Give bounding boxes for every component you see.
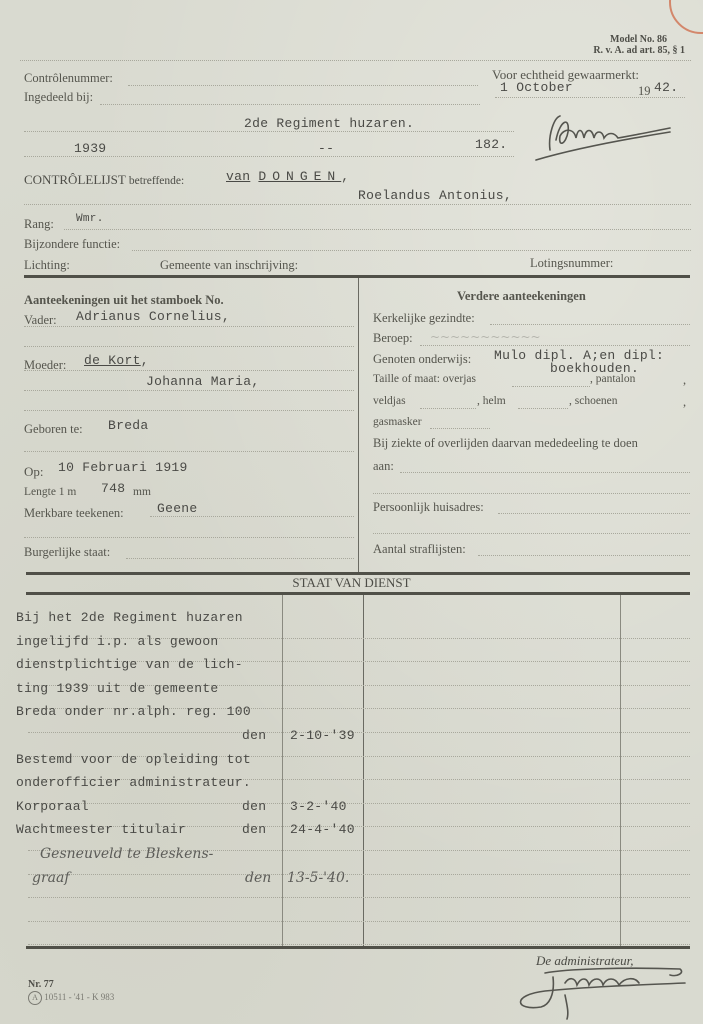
rule-line	[24, 537, 354, 538]
stamboek-title: Aanteekeningen uit het stamboek No.	[24, 293, 224, 308]
aan-label: aan:	[373, 459, 394, 474]
moeder-surname-field: de Kort,	[84, 353, 149, 368]
regiment-value: 2de Regiment huzaren.	[244, 116, 414, 131]
helm-field	[518, 408, 568, 409]
row-date: 2-10-'39	[290, 728, 355, 743]
beroep-value: ~~~~~~~~~~~	[430, 330, 541, 344]
vader-value: Adrianus Cornelius,	[76, 309, 230, 324]
form-number: Nr. 77	[28, 979, 54, 990]
huisadres-field	[498, 513, 690, 514]
helm-label: , helm	[477, 395, 506, 407]
row-den: den	[242, 799, 266, 814]
row-date: 3-2-'40	[290, 799, 347, 814]
schoenen-label: , schoenen	[569, 395, 618, 407]
lengte-value: 748	[101, 481, 125, 496]
verdere-title: Verdere aanteekeningen	[457, 289, 586, 304]
print-code-line: A 10511 - '41 - K 983	[28, 991, 114, 1005]
kerkelijke-label: Kerkelijke gezindte:	[373, 311, 475, 326]
comma: ,	[683, 395, 686, 410]
model-reference: R. v. A. ad art. 85, § 1	[593, 45, 685, 56]
rule-line	[28, 897, 690, 898]
row-text: Korporaal	[16, 799, 89, 814]
echtheid-date: 1 October	[500, 80, 573, 95]
row-text: onderofficier administrateur.	[16, 775, 251, 790]
comma: ,	[683, 373, 686, 388]
row-text: ting 1939 uit de gemeente	[16, 681, 219, 696]
signature-top	[530, 110, 680, 165]
pantalon-label: , pantalon	[590, 373, 635, 385]
printer-mark-icon: A	[28, 991, 42, 1005]
row-den: den	[242, 822, 266, 837]
column-divider	[620, 595, 621, 947]
taille-label: Taille of maat: overjas	[373, 373, 476, 385]
rule-line	[24, 370, 354, 371]
rule-line	[28, 944, 690, 945]
rule-line	[24, 346, 354, 347]
rule-line	[28, 732, 690, 733]
row-text: ingelijfd i.p. als gewoon	[16, 634, 219, 649]
rule-line	[24, 451, 354, 452]
functie-field	[132, 250, 691, 251]
echtheid-field	[495, 97, 685, 98]
betreffende-label: betreffende:	[129, 175, 184, 187]
overjas-field	[512, 386, 590, 387]
rang-value: Wmr.	[76, 213, 104, 225]
rule-line	[373, 493, 690, 494]
row-date: 13-5-'40.	[287, 870, 349, 886]
controlenummer-field	[128, 85, 478, 86]
op-label: Op:	[24, 464, 44, 480]
year-value: 1939	[74, 141, 106, 156]
ingedeeld-field	[100, 104, 480, 105]
signature-administrateur	[505, 955, 695, 1020]
model-number: Model No. 86	[610, 34, 667, 45]
straflijsten-label: Aantal straflijsten:	[373, 542, 466, 557]
op-value: 10 Februari 1919	[58, 460, 188, 475]
lotingsnummer-label: Lotingsnummer:	[530, 256, 613, 271]
row-date: 24-4-'40	[290, 822, 355, 837]
ziekte-label: Bij ziekte of overlijden daarvan mededee…	[373, 436, 638, 451]
column-divider	[358, 278, 359, 573]
echtheid-year-suffix: 42.	[654, 80, 678, 95]
rule-line	[24, 204, 691, 205]
rule-line	[28, 874, 690, 875]
lengte-label: Lengte 1 m	[24, 486, 76, 498]
surname-comma: ,	[341, 169, 349, 184]
rule-line	[24, 131, 514, 132]
beroep-label-text: Beroep:	[373, 331, 413, 345]
gemeente-label: Gemeente van inschrijving:	[160, 258, 298, 273]
red-corner-mark	[669, 0, 703, 34]
row-text: Bestemd voor de opleiding tot	[16, 752, 251, 767]
functie-label: Bijzondere functie:	[24, 237, 120, 252]
merkbare-label: Merkbare teekenen:	[24, 506, 124, 521]
moeder-surname: de Kort	[84, 353, 141, 368]
moeder-given: Johanna Maria,	[146, 374, 259, 389]
rule-line	[24, 156, 514, 157]
kerkelijke-field	[490, 324, 690, 325]
surname-field: van DONGEN,	[226, 169, 349, 184]
controlelijst-label: CONTRÔLELIJST betreffende:	[24, 172, 184, 188]
surname: DONGEN	[258, 169, 341, 184]
column-divider	[282, 595, 283, 947]
heavy-rule	[26, 592, 690, 595]
row-text: Breda onder nr.alph. reg. 100	[16, 704, 251, 719]
dash-value: --	[318, 141, 334, 156]
moeder-comma: ,	[141, 353, 149, 368]
burgerlijke-field	[126, 558, 354, 559]
print-code: 10511 - '41 - K 983	[44, 992, 114, 1002]
lengte-unit: mm	[133, 486, 151, 498]
rule-line	[373, 533, 690, 534]
rule-line	[24, 326, 354, 327]
heavy-rule	[24, 275, 690, 278]
controlenummer-label: Contrôlenummer:	[24, 71, 113, 86]
row-text: Bij het 2de Regiment huzaren	[16, 610, 243, 625]
number-value: 182.	[475, 137, 507, 152]
surname-prefix: van	[226, 169, 250, 184]
beroep-label: Beroep:	[373, 331, 413, 346]
merkbare-value: Geene	[157, 501, 198, 516]
onderwijs-label: Genoten onderwijs:	[373, 352, 471, 367]
row-text: Gesneuveld te Bleskens-	[40, 846, 213, 862]
row-text: Wachtmeester titulair	[16, 822, 186, 837]
rule-line	[150, 516, 354, 517]
lichting-label: Lichting:	[24, 258, 70, 273]
gasmasker-label: gasmasker	[373, 416, 422, 428]
huisadres-label: Persoonlijk huisadres:	[373, 500, 484, 515]
veldjas-field	[420, 408, 476, 409]
row-text: graaf	[32, 870, 70, 886]
controlelijst-title: CONTRÔLELIJST	[24, 172, 126, 187]
row-den: den	[245, 870, 271, 886]
rule-line	[24, 390, 354, 391]
ingedeeld-label: Ingedeeld bij:	[24, 90, 93, 105]
staat-van-dienst-title: STAAT VAN DIENST	[0, 575, 703, 591]
gasmasker-field	[430, 428, 490, 429]
rule-line	[24, 410, 354, 411]
rule-line	[20, 60, 691, 61]
veldjas-label: veldjas	[373, 395, 406, 407]
burgerlijke-label: Burgerlijke staat:	[24, 545, 110, 560]
beroep-field	[420, 345, 690, 346]
geboren-label: Geboren te:	[24, 422, 83, 437]
rule-line	[28, 803, 690, 804]
column-divider	[363, 595, 364, 947]
heavy-rule	[26, 946, 690, 949]
given-names: Roelandus Antonius,	[358, 188, 512, 203]
rang-label: Rang:	[24, 217, 54, 232]
rule-line	[28, 921, 690, 922]
document-page: Model No. 86 R. v. A. ad art. 85, § 1 Co…	[0, 0, 703, 1024]
geboren-value: Breda	[108, 418, 149, 433]
row-den: den	[242, 728, 266, 743]
aan-field	[400, 472, 690, 473]
row-text: dienstplichtige van de lich-	[16, 657, 243, 672]
straflijsten-field	[478, 555, 690, 556]
rang-field	[64, 229, 691, 230]
